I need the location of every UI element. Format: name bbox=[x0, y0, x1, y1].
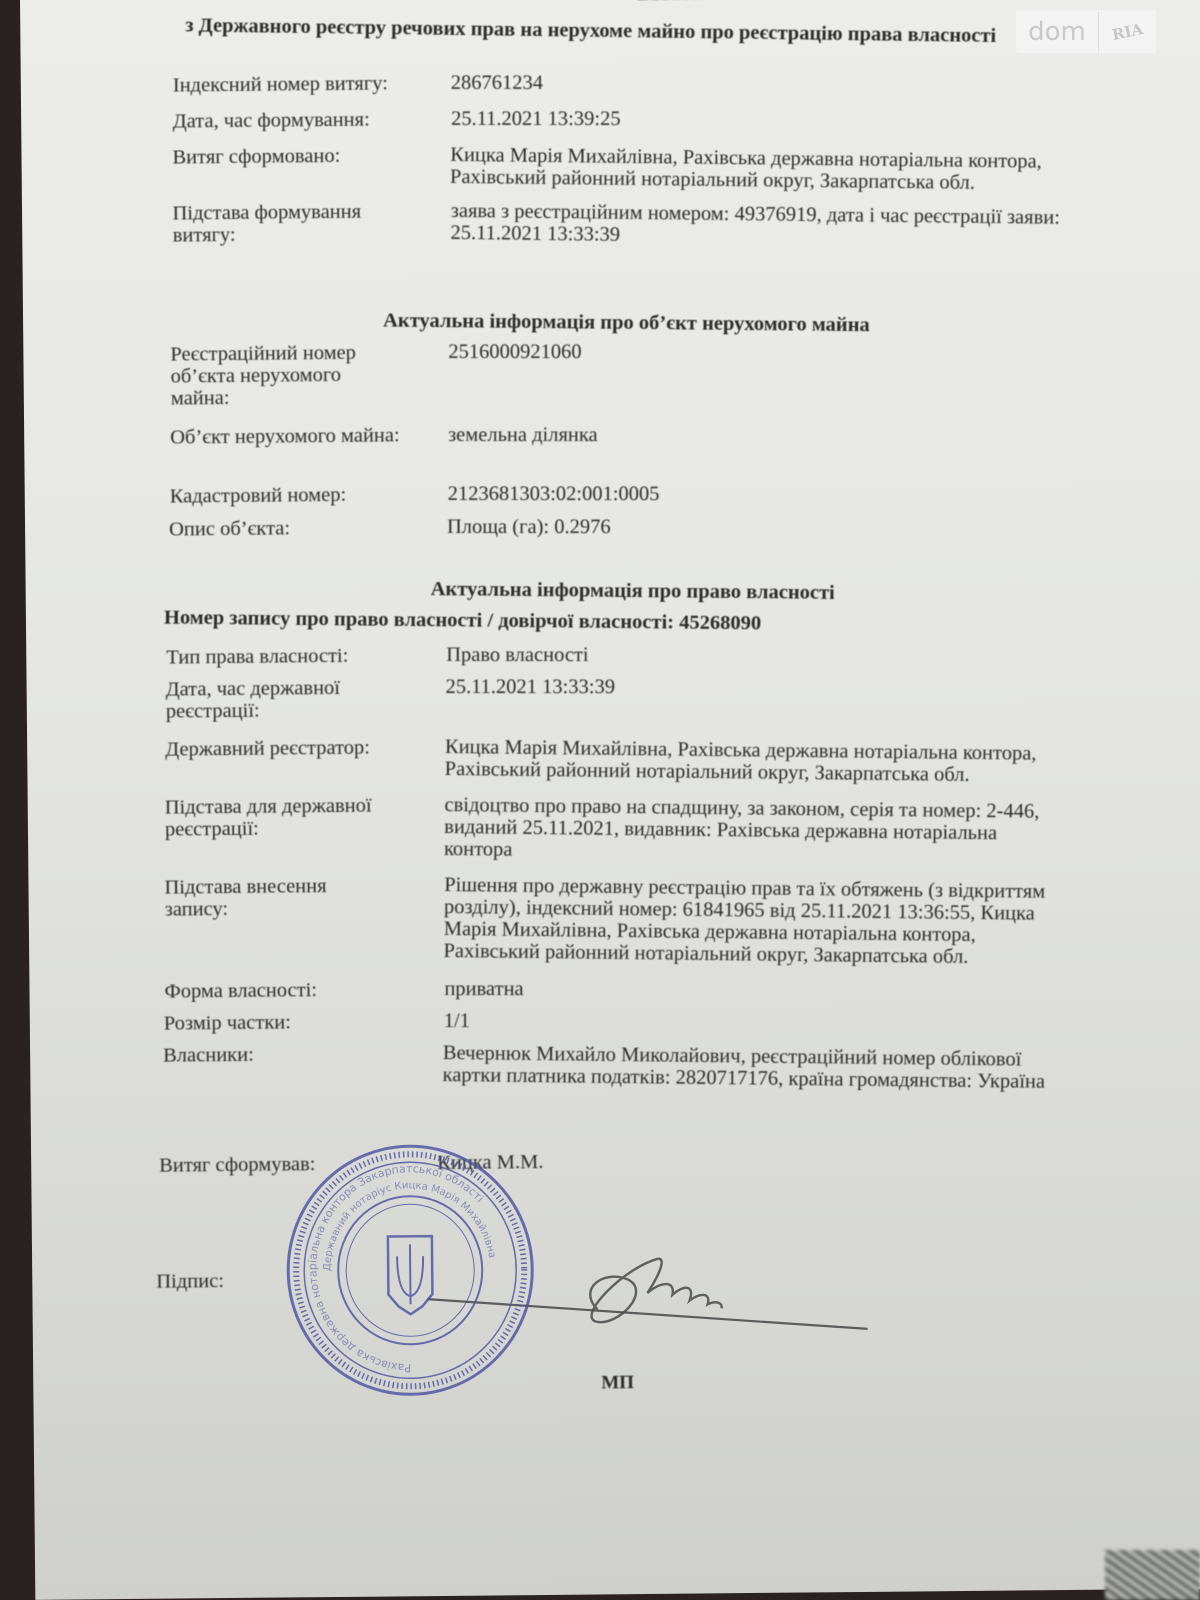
field-label: Індексний номер витягу: bbox=[173, 72, 403, 96]
field-value: Рішення про державну реєстрацію прав та … bbox=[443, 874, 1045, 969]
field-value-line: 1/1 bbox=[444, 1010, 470, 1032]
field-label: Розмір частки: bbox=[164, 1010, 394, 1034]
field-label: Державний реєстратор: bbox=[165, 736, 395, 760]
field-label: Опис об’єкта: bbox=[169, 516, 399, 540]
field-value: 286761234 bbox=[451, 72, 543, 94]
field-value-line: земельна ділянка bbox=[448, 424, 598, 446]
field-value: земельна ділянка bbox=[448, 424, 598, 446]
field-value: заява з реєстраційним номером: 49376919,… bbox=[450, 200, 1060, 251]
field-value: 2123681303:02:001:0005 bbox=[448, 483, 660, 505]
field-value: Кицка Марія Михайлівна, Рахівська держав… bbox=[450, 144, 1042, 195]
field-label: Тип права власності: bbox=[166, 644, 396, 668]
field-label: Власники: bbox=[163, 1042, 393, 1066]
watermark-dom-text: dom bbox=[1016, 17, 1098, 47]
field-value-line: 2123681303:02:001:0005 bbox=[448, 483, 660, 505]
field-value: Кицка Марія Михайлівна, Рахівська держав… bbox=[445, 736, 1037, 787]
field-label: Витяг сформовано: bbox=[172, 144, 402, 168]
field-value: Вечернюк Михайло Миколайович, реєстрацій… bbox=[443, 1042, 1046, 1093]
field-label: Підстава для державної реєстрації: bbox=[165, 794, 395, 840]
field-value-line: 2516000921060 bbox=[448, 341, 581, 363]
field-value-line: 25.11.2021 13:39:25 bbox=[451, 108, 621, 130]
field-value: Право власності bbox=[446, 644, 588, 666]
field-label: Дата, час державної реєстрації: bbox=[166, 676, 396, 722]
background-fabric bbox=[1105, 1550, 1200, 1600]
field-label: Підстава внесення запису: bbox=[164, 874, 394, 920]
object-section-heading: Актуальна інформація про об’єкт нерухомо… bbox=[383, 310, 870, 338]
field-value: Площа (га): 0.2976 bbox=[447, 516, 611, 538]
field-label: Підстава формування витягу: bbox=[172, 200, 402, 246]
field-value: 25.11.2021 13:33:39 bbox=[445, 676, 615, 698]
ownership-record-number: Номер запису про право власності / довір… bbox=[164, 607, 761, 636]
field-value-line: Площа (га): 0.2976 bbox=[447, 516, 611, 538]
official-seal-icon: Рахівська державна нотаріальна контора З… bbox=[284, 1143, 536, 1397]
watermark-ria-logo-icon: RIA bbox=[1098, 17, 1157, 46]
domria-watermark: dom RIA bbox=[1016, 10, 1156, 53]
seal-label: МП bbox=[601, 1372, 634, 1394]
ownership-section-heading: Актуальна інформація про право власності bbox=[431, 578, 835, 605]
field-value-line: 286761234 bbox=[451, 72, 543, 94]
field-value: приватна bbox=[444, 978, 523, 1000]
field-label: Реєстраційний номер об’єкта нерухомого м… bbox=[170, 341, 401, 409]
field-label: Дата, час формування: bbox=[173, 108, 403, 132]
field-value-line: 25.11.2021 13:33:39 bbox=[445, 676, 615, 698]
document-subtitle: з Державного реєстру речових прав на нер… bbox=[185, 14, 996, 48]
document-page: ВИТЯГ з Державного реєстру речових прав … bbox=[20, 0, 1200, 1600]
field-value: свідоцтво про право на спадщину, за зако… bbox=[444, 794, 1040, 867]
field-value-line: Право власності bbox=[446, 644, 588, 666]
field-label: Об’єкт нерухомого майна: bbox=[170, 424, 400, 448]
field-label: Форма власності: bbox=[164, 978, 394, 1002]
field-value: 1/1 bbox=[444, 1010, 470, 1032]
field-value: 25.11.2021 13:39:25 bbox=[451, 108, 621, 130]
field-label: Кадастровий номер: bbox=[170, 483, 400, 507]
field-value: 2516000921060 bbox=[448, 341, 581, 363]
field-value-line: приватна bbox=[444, 978, 523, 1000]
